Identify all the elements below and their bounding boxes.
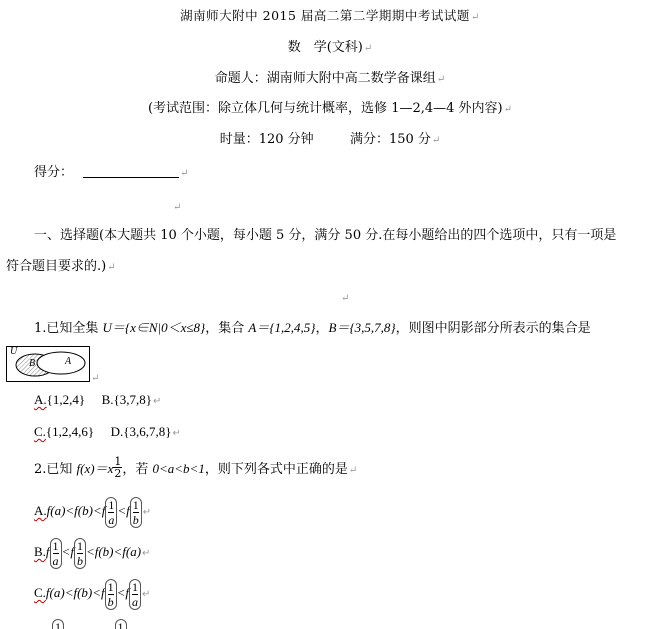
venn-paragraph-mark: ↵ <box>90 370 99 387</box>
option-c-label: C. <box>34 585 46 600</box>
option-a-value: {1,2,4} <box>47 392 85 407</box>
question-1-stem: 1.已知全集 U＝{x∈N|0＜x≤8}，集合 A＝{1,2,4,5}，B＝{3… <box>34 320 591 337</box>
question-1-options-ab: A.{1,2,4} B.{3,7,8}↵ <box>34 392 161 410</box>
section-heading-line1: 一、选择题(本大题共 10 个小题，每小题 5 分，满分 50 分.在每小题给出… <box>34 228 616 244</box>
score-field: 得分： ↵ <box>34 165 189 182</box>
option-c-label: C. <box>34 424 46 439</box>
option-d-label: D. <box>111 424 124 439</box>
venn-label-b: B <box>29 358 35 369</box>
empty-paragraph: ↵ <box>340 290 349 307</box>
option-b-label: B. <box>102 392 114 407</box>
question-1-options-cd: C.{1,2,4,6} D.{3,6,7,8}↵ <box>34 424 181 442</box>
author-line: 命题人：湖南师大附中高二数学备课组↵ <box>0 71 660 88</box>
venn-diagram: U B A <box>6 346 90 382</box>
question-2-option-a: A.f(a)<f(b)<f1a<f1b↵ <box>34 494 151 530</box>
score-label: 得分： <box>34 165 73 180</box>
option-a-label: A. <box>34 392 47 407</box>
question-2-option-d-partial: 1 1 <box>52 617 127 629</box>
option-b-value: {3,7,8} <box>114 392 152 407</box>
score-blank[interactable] <box>83 165 179 178</box>
subject-title: 数 学(文科)↵ <box>0 40 660 57</box>
question-2-option-b: B.f1a<f1b<f(b)<f(a)↵ <box>34 535 150 571</box>
venn-label-u: U <box>10 346 17 357</box>
full-score-label: 满分：150 分 <box>350 132 431 147</box>
empty-paragraph: ↵ <box>172 199 181 216</box>
option-d-value: {3,6,7,8} <box>123 424 171 439</box>
option-b-label: B. <box>34 544 46 559</box>
time-score-line: 时量：120 分钟 满分：150 分↵ <box>0 132 660 149</box>
venn-label-a: A <box>65 356 71 367</box>
time-label: 时量：120 分钟 <box>220 132 314 147</box>
section-heading-line2: 符合题目要求的.)↵ <box>6 259 116 276</box>
option-a-label: A. <box>34 503 47 518</box>
question-2-option-c: C.f(a)<f(b)<f1b<f1a↵ <box>34 576 150 612</box>
exam-title: 湖南师大附中 2015 届高二第二学期期中考试试题↵ <box>0 8 660 26</box>
question-2-stem: 2.已知 f(x)＝x12，若 0<a<b<1，则下列各式中正确的是↵ <box>34 456 357 479</box>
option-c-value: {1,2,4,6} <box>46 424 94 439</box>
exam-scope: (考试范围：除立体几何与统计概率，选修 1—2,4—4 外内容)↵ <box>0 101 660 118</box>
venn-svg <box>7 347 89 381</box>
